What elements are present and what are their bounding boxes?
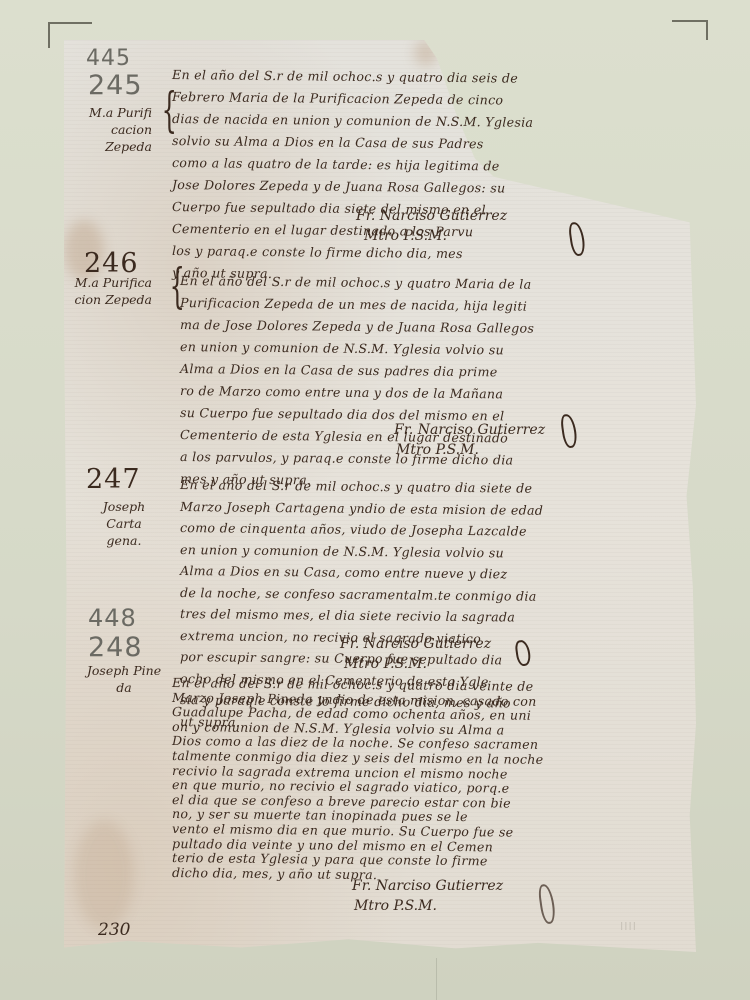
entry-number: 247 (86, 464, 141, 495)
margin-name-line: M.a Purifi (89, 105, 152, 120)
margin-name-line: cacion Zepeda (105, 122, 152, 154)
signature-title: Mtro P.S.M. (340, 656, 427, 672)
margin-name-line: Joseph Carta (103, 499, 145, 531)
margin-name-line: Joseph Pine (87, 663, 161, 678)
text-line: como de cinquenta años, viudo de Josepha… (180, 517, 543, 542)
entry-number: 248 (88, 632, 143, 663)
faded-stamp: IIII (620, 920, 637, 933)
text-line: Alma a Dios en su Casa, como entre nueve… (180, 560, 543, 585)
margin-name-line: gena. (107, 533, 142, 548)
signature: Fr. Narciso Gutierrez Mtro P.S.M. (394, 420, 545, 460)
signature: Fr. Narciso Gutierrez Mtro P.S.M. (356, 206, 507, 246)
signature-title: Mtro P.S.M. (352, 898, 437, 914)
entry-text: En el año del S.r de mil ochoc.s y quatr… (172, 676, 543, 880)
signature-name: Fr. Narciso Gutierrez (394, 422, 545, 438)
margin-name-line: M.a Purifica (75, 275, 152, 290)
stain (74, 820, 134, 930)
margin-name: Joseph Pine da (84, 662, 164, 696)
margin-name: Joseph Carta gena. (84, 498, 164, 549)
mount-crease (436, 958, 437, 1000)
signature-name: Fr. Narciso Gutierrez (352, 878, 503, 894)
entry-number: 245 (88, 70, 143, 101)
folio-number: 230 (98, 920, 130, 940)
entry-text: En el año del S.r de mil ochoc.s y quatr… (172, 64, 533, 284)
signature: Fr. Narciso Gutierrez Mtro P.S.M. (352, 876, 503, 916)
margin-name-line: cion Zepeda (75, 292, 152, 307)
margin-name: M.a Purifica cion Zepeda (72, 274, 152, 308)
corner-mark-top-right (672, 20, 708, 40)
signature: Fr. Narciso Gutierrez Mtro P.S.M. (340, 634, 491, 674)
pencil-number: 445 (86, 46, 131, 71)
margin-name-line: da (116, 680, 131, 695)
signature-name: Fr. Narciso Gutierrez (340, 636, 491, 652)
signature-title: Mtro P.S.M. (356, 228, 447, 244)
signature-name: Fr. Narciso Gutierrez (356, 208, 507, 224)
text-line: En el año del S.r de mil ochoc.s y quatr… (180, 474, 543, 499)
text-line: tres del mismo mes, el dia siete recivio… (180, 603, 543, 628)
signature-title: Mtro P.S.M. (394, 442, 479, 458)
margin-name: M.a Purifi cacion Zepeda (72, 104, 152, 155)
pencil-number: 448 (88, 604, 137, 632)
